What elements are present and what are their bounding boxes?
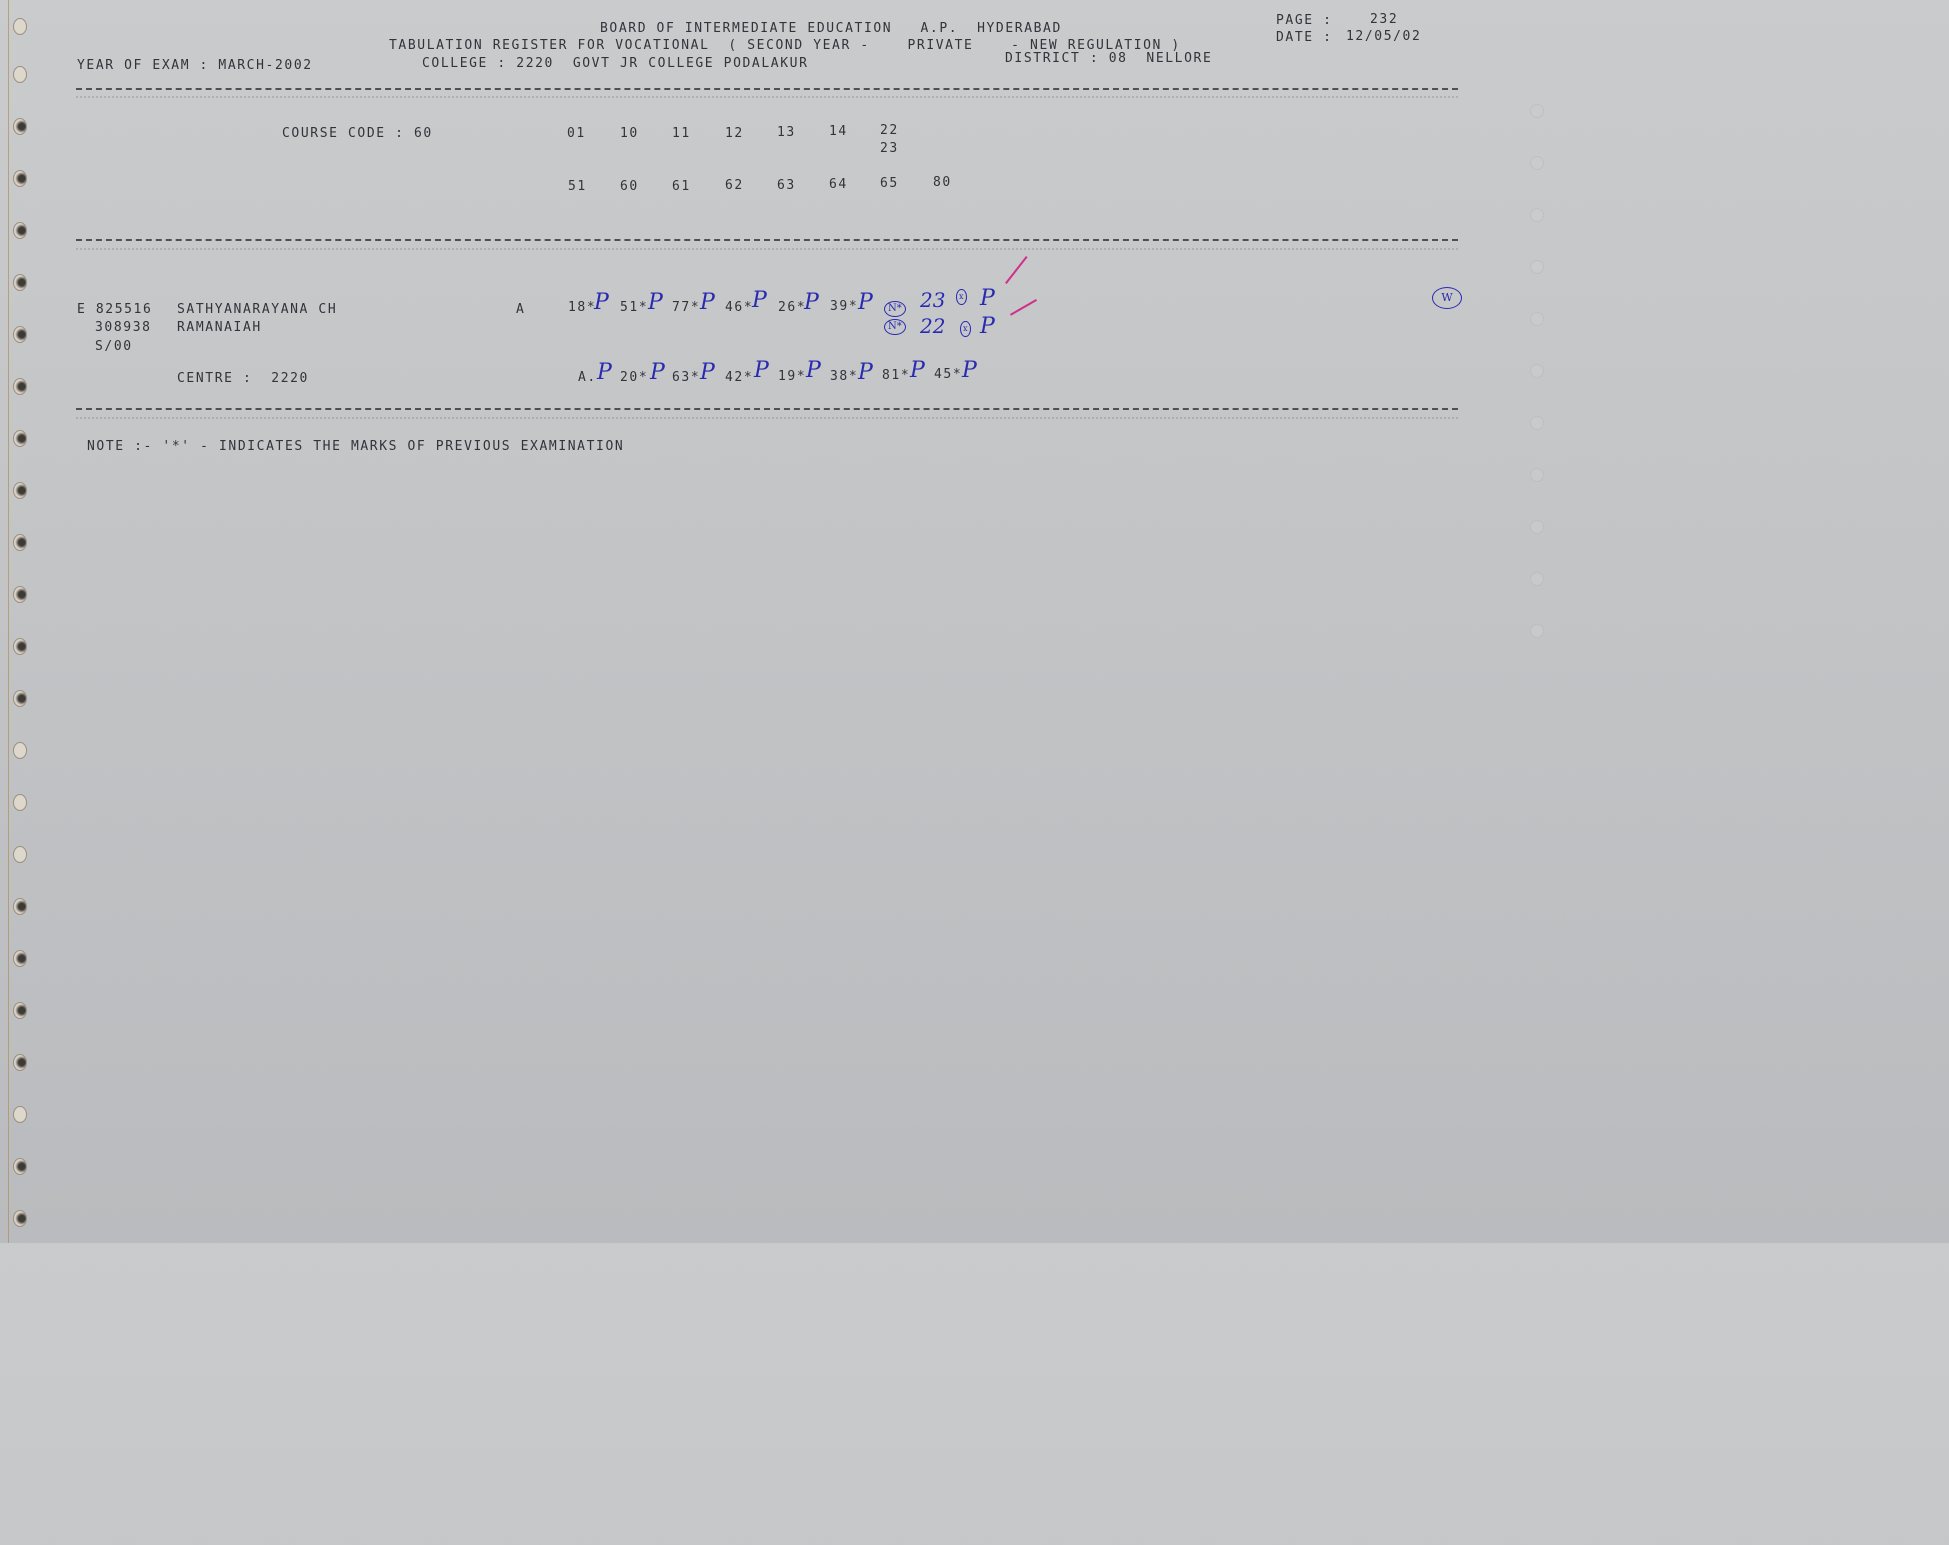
pass-mark: P bbox=[858, 290, 873, 315]
centre-code: CENTRE : 2220 bbox=[177, 371, 309, 386]
relation-code: S/00 bbox=[95, 339, 133, 354]
print-date: 12/05/02 bbox=[1346, 29, 1421, 44]
page-number: 232 bbox=[1370, 12, 1398, 27]
pass-mark: P bbox=[700, 290, 715, 315]
district-info: DISTRICT : 08 NELLORE bbox=[1005, 51, 1212, 66]
year-of-exam: YEAR OF EXAM : MARCH-2002 bbox=[77, 58, 313, 73]
pass-mark: P bbox=[648, 290, 663, 315]
pass-mark: P bbox=[594, 290, 609, 315]
student-number: 308938 bbox=[95, 320, 152, 335]
divider-shadow bbox=[76, 417, 1458, 419]
margin-line bbox=[8, 0, 9, 1243]
father-name: RAMANAIAH bbox=[177, 320, 262, 335]
margin-w-mark: W bbox=[1432, 287, 1462, 309]
student-name: SATHYANARAYANA CH bbox=[177, 302, 337, 317]
pass-mark: P bbox=[752, 288, 767, 313]
date-label: DATE : bbox=[1276, 30, 1333, 45]
tick-mark bbox=[1005, 256, 1028, 284]
page-label: PAGE : bbox=[1276, 13, 1333, 28]
hall-ticket: E 825516 bbox=[77, 302, 152, 317]
divider-shadow bbox=[76, 248, 1458, 250]
divider-bottom bbox=[76, 408, 1458, 410]
divider-top bbox=[76, 88, 1458, 90]
board-title: BOARD OF INTERMEDIATE EDUCATION A.P. HYD… bbox=[600, 21, 1062, 36]
divider-middle bbox=[76, 239, 1458, 241]
group-code: A bbox=[516, 302, 525, 317]
pass-mark: P bbox=[804, 290, 819, 315]
tick-mark bbox=[1010, 299, 1037, 316]
divider-shadow bbox=[76, 96, 1458, 98]
footnote: NOTE :- '*' - INDICATES THE MARKS OF PRE… bbox=[87, 439, 624, 454]
college-info: COLLEGE : 2220 GOVT JR COLLEGE PODALAKUR bbox=[422, 56, 809, 71]
course-code-label: COURSE CODE : 60 bbox=[282, 126, 433, 141]
